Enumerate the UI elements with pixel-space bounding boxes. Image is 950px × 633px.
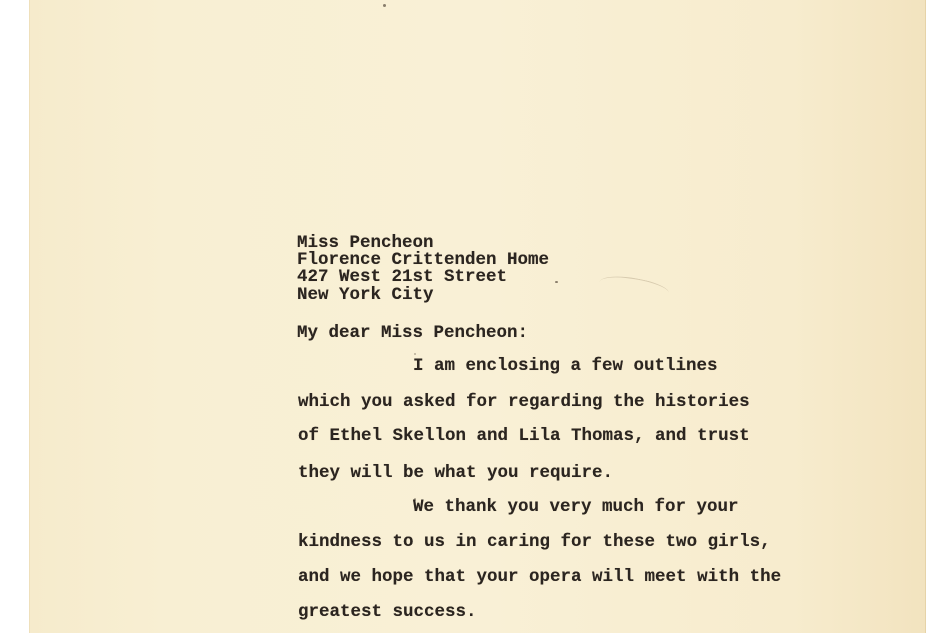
paper-speck [383,4,386,7]
paragraph-line: We thank you very much for your [413,497,739,517]
paragraph-line: and we hope that your opera will meet wi… [298,567,781,587]
paragraph-line: kindness to us in caring for these two g… [298,532,771,552]
paragraph-line: which you asked for regarding the histor… [298,392,750,412]
paper-crease [598,271,670,304]
paragraph-line: I am enclosing a few outlines [413,356,718,376]
paper-speck [414,353,416,355]
salutation: My dear Miss Pencheon: [297,323,528,343]
address-line-street: 427 West 21st Street [297,268,507,286]
paper-speck [555,281,558,283]
paragraph-line: greatest success. [298,602,477,622]
paragraph-line: they will be what you require. [298,463,613,483]
paragraph-line: of Ethel Skellon and Lila Thomas, and tr… [298,426,750,446]
address-line-city: New York City [297,286,434,304]
